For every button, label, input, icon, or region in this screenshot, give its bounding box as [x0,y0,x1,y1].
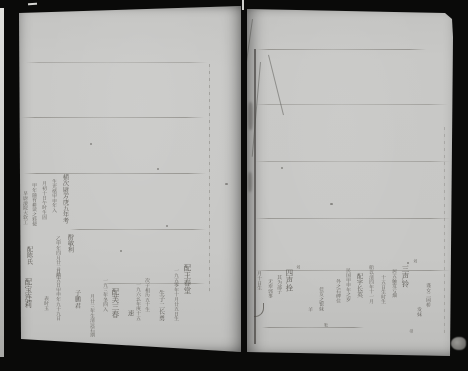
handwriting-column: 刘 [296,265,300,269]
ink-speck [225,183,228,185]
rule-line [255,161,450,162]
rule-line [262,327,364,328]
smudge-mark [248,102,253,130]
handwriting-column: 靯 [324,323,328,327]
scan-edge-sliver [0,8,4,357]
right-page: 谨女二园桥 发妹 帚 刘 三声铃 居五触发亏畑 十五日生时生 船以清四年十一月 … [246,7,458,356]
ink-speck [166,225,168,227]
ink-speck [157,168,159,170]
handwriting-column: 三声铃 [401,265,409,288]
rule-line [255,218,450,219]
ink-speck [90,143,92,145]
handwriting-column: 民国甲申年之岁 [345,268,350,302]
handwriting-column: 无奉郭事 [267,279,272,298]
handwriting-column: 居五触发亏畑 [391,269,396,298]
handwriting-column: 一九五零年十月廿五日生 [173,268,178,321]
handwriting-column: 四声拴 [285,269,293,292]
handwriting-column: 帚 [409,329,413,333]
handwriting-column: 羊 [307,307,312,312]
left-page: 横次尉芳庚五年考 生光绪甲申年入 月初十日午时生固 甲年随有耕读之料便 早尉滚院… [18,6,241,352]
handwriting-column: 子鹏君 [73,290,80,309]
handwriting-column: 十五日生时生 [380,275,385,304]
handwriting-column: 其为部子 [276,275,281,294]
handwriting-column: 一九六幺年庚十五 [135,282,140,320]
scratch-mark [268,55,284,115]
spine-top-notch [242,0,244,10]
book-scan-canvas: 横次尉芳庚五年考 生光绪甲申年入 月初十日午时生固 甲年随有耕读之料便 早尉滚院… [0,0,468,371]
ink-speck [407,262,409,264]
rule-line [24,173,206,174]
handwriting-column: 月廿三年生清远石期 [89,294,94,337]
rule-line [26,62,207,63]
ink-speck [330,203,333,205]
handwriting-column: 一九三年冬四入 [102,278,107,312]
handwriting-column: 月十日生 [256,271,261,290]
handwriting-column: 生光绪甲申年入 [51,179,56,213]
rule-line [257,49,426,50]
handwriting-column: 早尉滚院大软工 [22,191,27,225]
handwriting-column: 配芙三春 [111,288,119,318]
rule-line [70,229,206,230]
handwriting-column: 谨女二园桥 [425,283,430,307]
ink-speck [120,250,122,252]
rule-line [22,117,204,118]
handwriting-column: 船以清四年十一月 [368,265,373,303]
scratch-mark [240,19,253,103]
handwriting-column: 配陈氏 [25,246,32,265]
column-border-line [209,64,210,292]
handwriting-column: 次子相历五十生 [144,278,149,312]
handwriting-column: 酧敏利 [66,234,73,253]
smudge-mark [248,172,252,192]
handwriting-column: 甲年随有耕读之料便 [31,183,36,226]
pen-flourish-stroke [254,303,264,317]
handwriting-column: 生子二长勇 [157,290,164,321]
page-corner-shadow [451,337,466,350]
column-border-line [444,127,445,333]
handwriting-column: 刘 [413,259,417,263]
handwriting-column: 月四五日甲申年九十九日 [55,268,60,321]
handwriting-column: 发妹 [416,307,421,317]
handwriting-column: 配王春堂 [183,264,191,294]
rule-line [255,104,448,105]
column-border-line [254,49,256,344]
handwriting-column: 配字长英 [355,273,362,298]
handwriting-column: 表时玉 [43,296,48,310]
handwriting-column: 外之石碑住 [335,279,340,303]
handwriting-column: 月初十日午时生固 [41,181,46,219]
scan-artifact-dash [28,3,37,6]
handwriting-column: 佳友之银妹 [318,287,323,311]
handwriting-column: 配宝连莉 [24,278,32,308]
ink-speck [281,167,283,169]
handwriting-column: 速 [126,310,133,316]
handwriting-column: 横次尉芳庚五年考 [61,174,68,224]
